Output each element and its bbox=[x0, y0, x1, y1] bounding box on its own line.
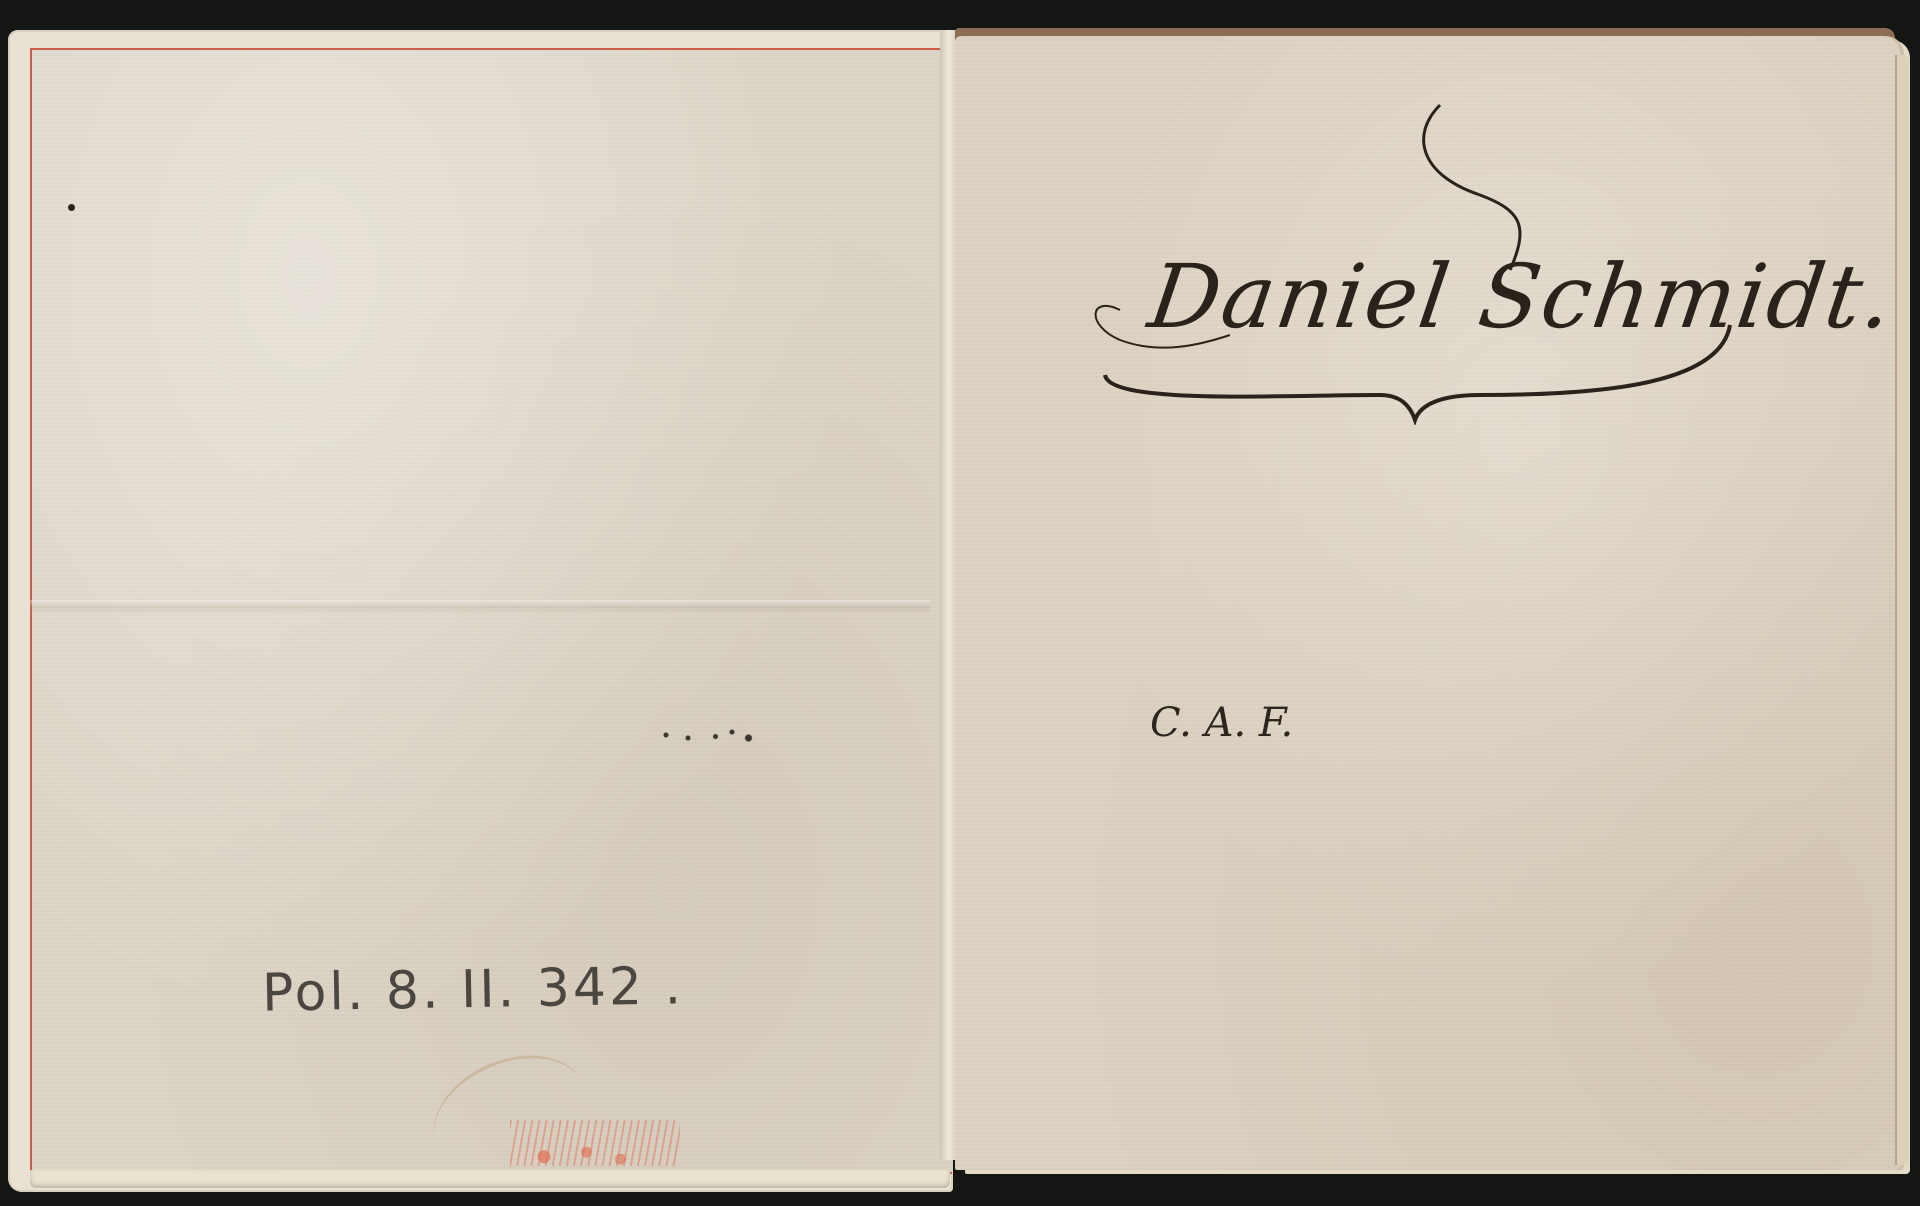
signature-text: Daniel Schmidt. bbox=[1143, 245, 1901, 348]
initials-inscription: C. A. F. bbox=[1150, 700, 1293, 746]
shelfmark-pencil-note: Pol. 8. II. 342 . bbox=[262, 956, 685, 1023]
owner-signature: Daniel Schmidt. bbox=[1080, 95, 1780, 425]
page-fore-edge bbox=[1895, 55, 1909, 1165]
book-scan: Pol. 8. II. 342 . Daniel Schmidt. C. A. … bbox=[0, 0, 1920, 1206]
ink-dots bbox=[655, 720, 765, 750]
cover-bottom-edge bbox=[30, 1170, 950, 1188]
wormhole-mark bbox=[68, 204, 75, 211]
paper-crease bbox=[30, 600, 930, 614]
red-sprinkle-edge bbox=[510, 1120, 680, 1166]
